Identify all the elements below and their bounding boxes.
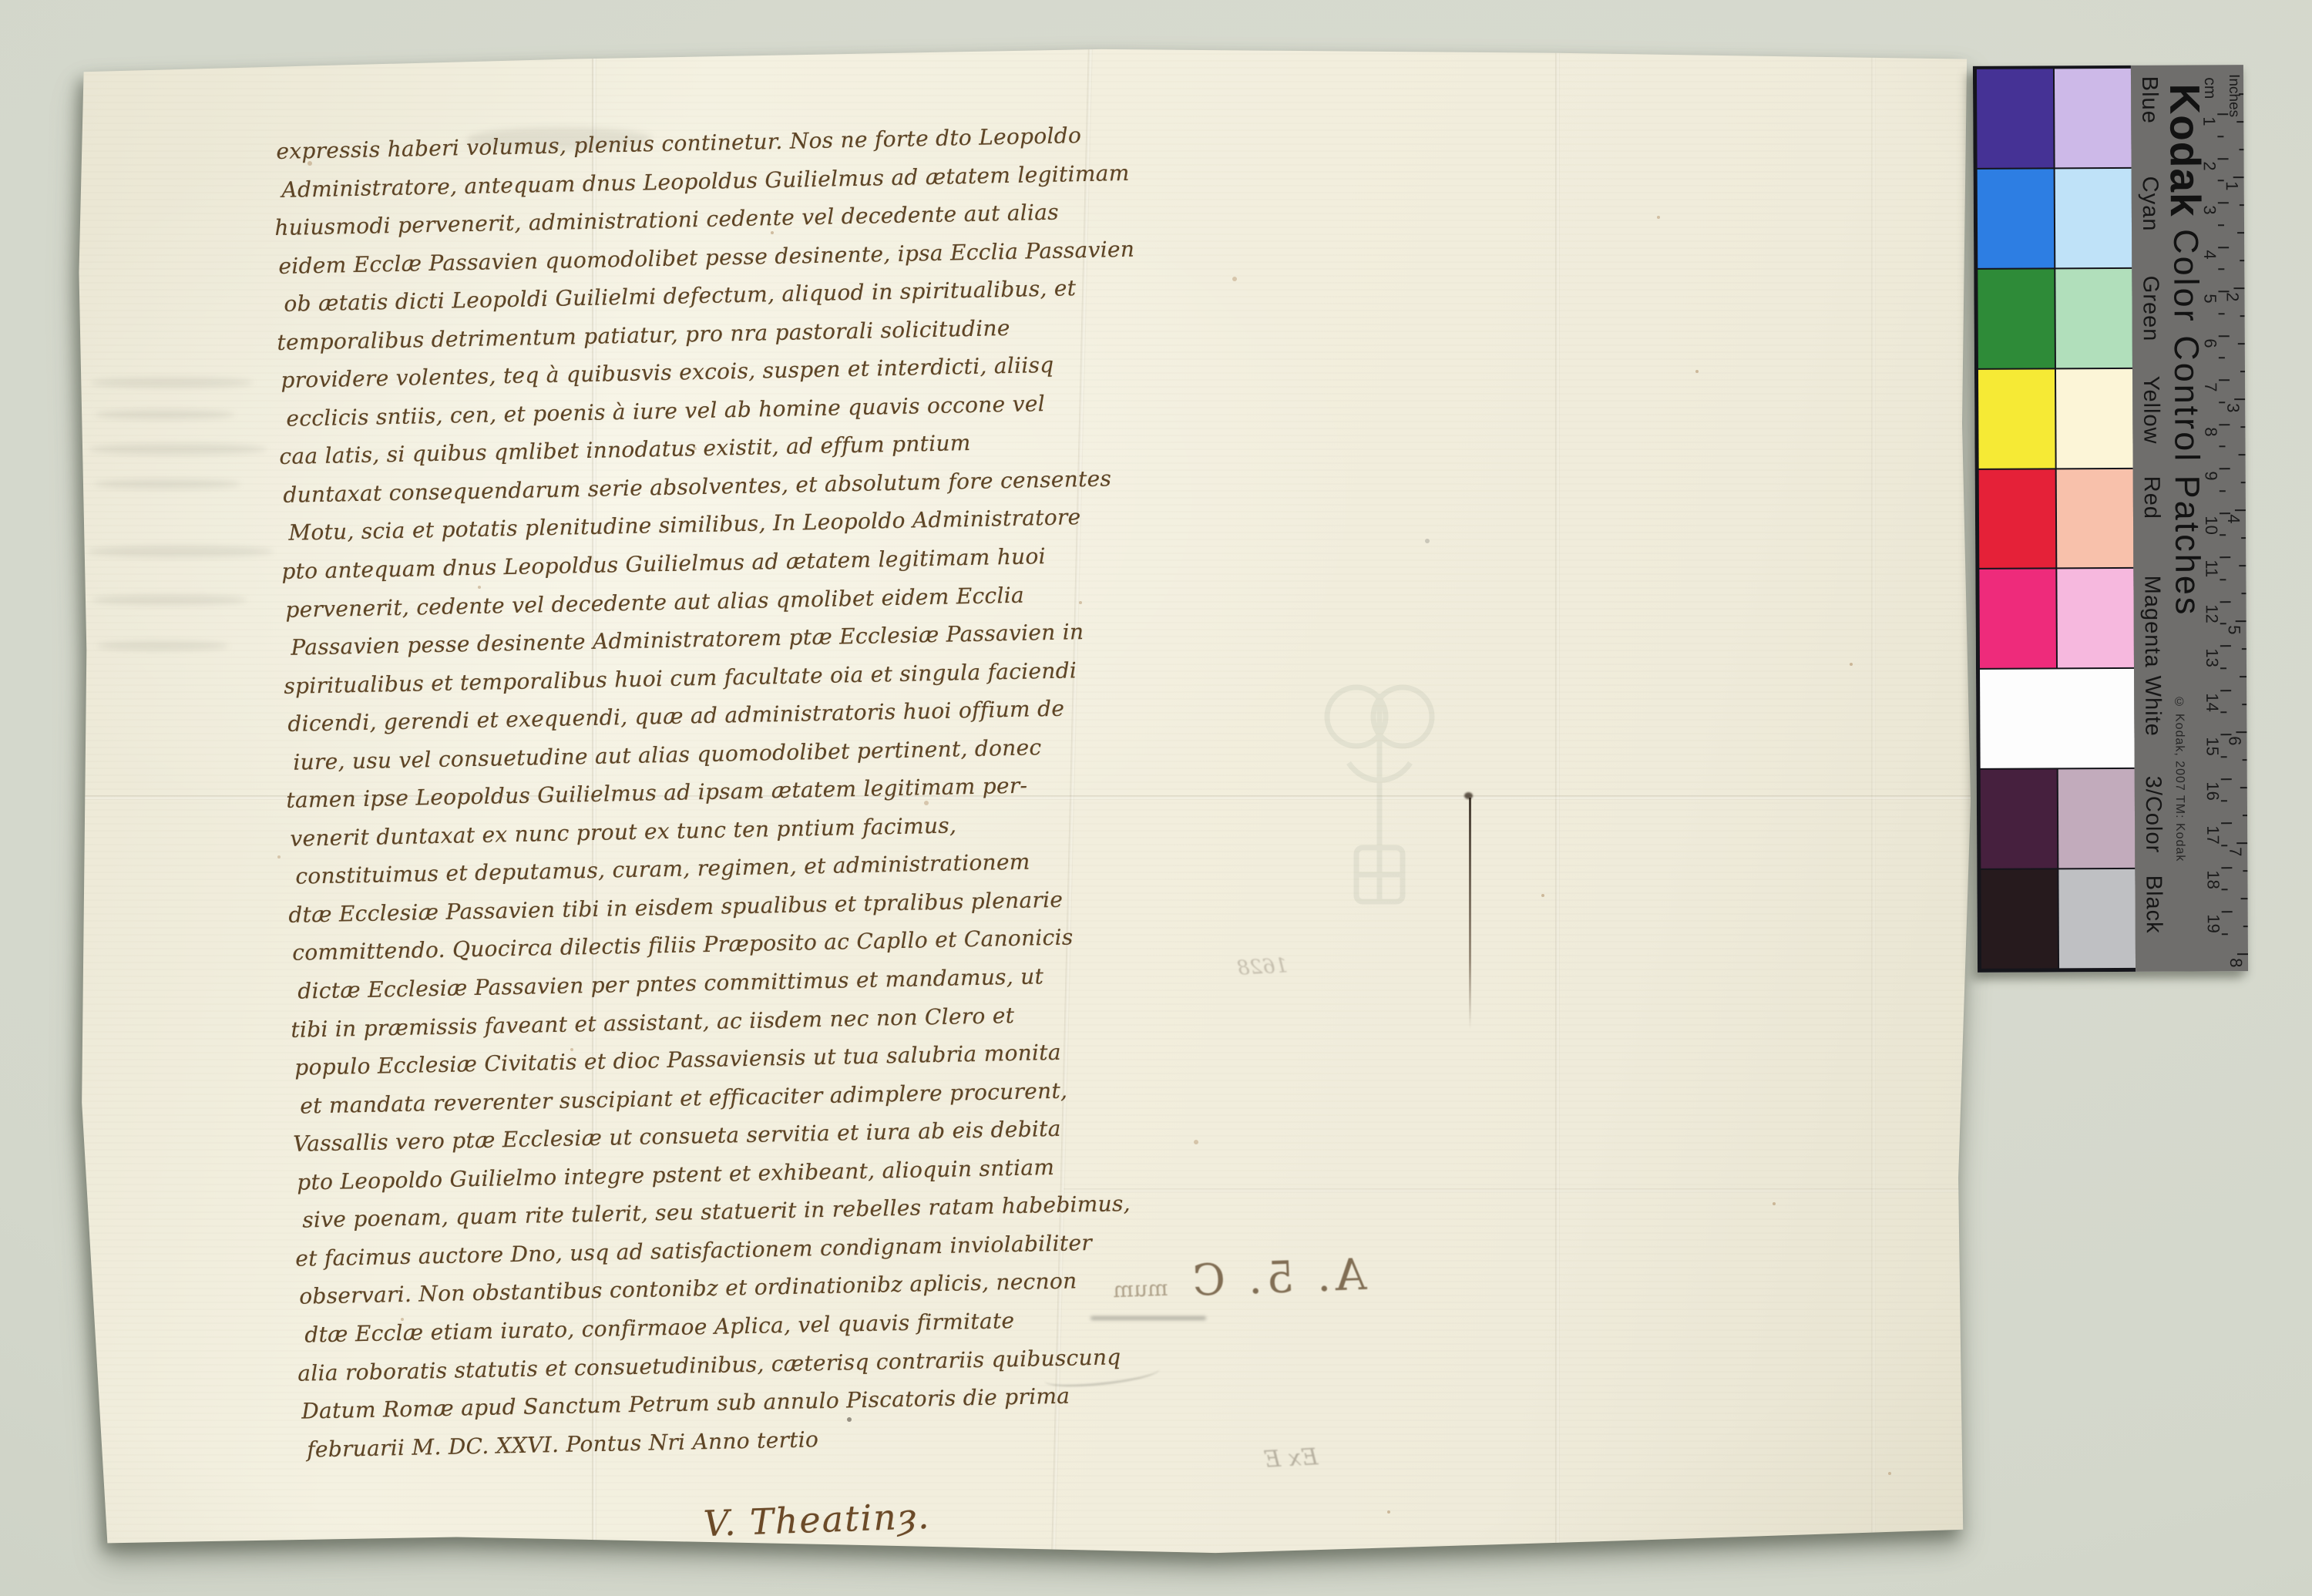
cm-half-tick [2221,800,2227,801]
cm-half-tick [2220,711,2226,713]
cm-half-tick [2220,579,2226,580]
paper-watermark [1302,670,1457,925]
cm-tick [2220,601,2231,603]
patch-row [1977,69,2132,168]
cm-tick [2218,158,2229,160]
cm-half-tick [2222,889,2228,890]
cm-number: 19 [2203,914,2223,933]
cm-tick [2219,424,2230,425]
patch-row-label: White [2137,665,2166,765]
cm-tick [2219,379,2230,381]
inch-minor-tick [2236,121,2243,123]
color-patch-tint [2055,169,2132,267]
cm-half-tick [2220,534,2226,536]
inch-minor-tick [2242,648,2246,650]
cm-half-tick [2219,313,2225,314]
inch-tick [2235,509,2246,511]
inch-minor-tick [2239,149,2243,150]
inch-tick [2236,731,2246,733]
inch-number: 6 [2224,736,2244,745]
inch-minor-tick [2243,870,2247,872]
cm-half-tick [2220,490,2226,492]
cm-tick [2218,202,2229,203]
cm-tick [2220,645,2231,647]
horizontal-fold-crease [1064,1188,1974,1193]
inch-minor-tick [2242,593,2246,594]
patch-row [1978,169,2132,268]
vertical-fold-crease [1871,46,1876,1555]
verso-underline-smudge [1090,1316,1206,1320]
color-patch [1979,469,2056,568]
inch-number: 7 [2225,847,2245,856]
kodak-brand: Kodak [2161,83,2210,217]
showthrough-smudge [91,378,253,388]
patch-row [1980,669,2135,768]
vertical-fold-crease [1555,46,1560,1555]
verso-inscription-mirrored: A. 5. C mum [1092,1250,1367,1309]
patch-row-label: 3/Color [2138,764,2166,865]
cm-tick [2220,734,2231,735]
manuscript-sheet: expressis haberi volumus, plenius contin… [77,46,1974,1555]
showthrough-smudge [92,595,247,605]
strip-title: Kodak Color Control Patches [2160,83,2213,617]
color-patch-tint [2058,869,2136,968]
inch-minor-tick [2241,537,2246,539]
cm-tick [2219,335,2230,337]
patch-row-label: Yellow [2136,365,2164,465]
color-patch [1981,869,2058,968]
inch-minor-tick [2240,787,2247,788]
cm-tick [2220,468,2230,469]
color-patch [1978,369,2055,468]
color-patch-tint [2055,269,2132,368]
inch-number: 1 [2222,181,2242,190]
cm-tick [2218,247,2229,248]
inch-minor-tick [2243,815,2247,816]
patch-row [1979,569,2134,668]
inch-minor-tick [2240,204,2244,206]
kodak-color-control-strip: Kodak Color Control Patches cm Inches © … [1973,65,2248,973]
inch-minor-tick [2241,482,2246,483]
signature: V. Theatinȝ. [650,1494,983,1547]
cm-tick [2220,556,2230,558]
inch-number: 5 [2224,625,2244,634]
cm-number: 5 [2199,294,2220,303]
cm-tick [2218,291,2229,292]
inches-unit-label: Inches [2225,74,2242,117]
cm-half-tick [2220,445,2226,447]
inch-minor-tick [2237,232,2244,234]
cm-number: 9 [2201,471,2221,480]
verso-inscription-small: mum [1093,1275,1188,1309]
cm-tick [2220,690,2231,691]
inch-minor-tick [2240,315,2245,317]
color-patch [1978,169,2055,267]
patch-row-label: Black [2138,865,2166,965]
inch-number: 8 [2226,958,2246,967]
cm-half-tick [2221,845,2227,846]
cm-tick [2221,867,2232,869]
cm-number: 12 [2202,604,2222,623]
cm-number: 11 [2201,559,2221,577]
cm-unit-label: cm [2200,77,2219,99]
cm-number: 4 [2199,250,2220,259]
strip-title-text: Color Control Patches [2166,217,2208,617]
patch-row [1981,769,2136,869]
patch-row [1981,869,2136,969]
cm-number: 16 [2203,781,2223,801]
cm-number: 13 [2202,648,2222,667]
cm-half-tick [2219,357,2225,358]
cm-half-tick [2222,933,2228,935]
inch-minor-tick [2240,676,2246,677]
color-patch [1980,669,2135,768]
cm-half-tick [2219,402,2225,403]
showthrough-smudge [94,479,240,489]
cm-half-tick [2217,136,2223,137]
inch-tick [2236,842,2247,844]
cm-number: 15 [2202,737,2222,756]
verso-inscription-large: A. 5. C [1187,1250,1367,1306]
photographed-archival-document: { "scene": { "background_color": "#d3d7c… [0,0,2312,1596]
patch-row [1979,469,2134,568]
inch-minor-tick [2239,454,2246,455]
color-patch [1978,269,2055,368]
inch-minor-tick [2239,93,2243,95]
color-patch-tint [2057,569,2134,667]
inch-number: 4 [2223,514,2243,523]
cm-half-tick [2218,180,2224,181]
inch-minor-tick [2240,426,2245,428]
cm-number: 3 [2199,205,2220,214]
verso-pencil-mark: Ex E [1263,1443,1319,1473]
cm-number: 2 [2199,161,2220,170]
patch-row [1978,369,2133,469]
inch-minor-tick [2240,260,2244,261]
inch-number: 3 [2223,403,2243,412]
inch-minor-tick [2242,704,2246,705]
color-patch [1977,69,2054,167]
inch-minor-tick [2243,926,2248,927]
cm-number: 17 [2203,825,2223,845]
cm-half-tick [2220,623,2226,624]
inch-minor-tick [2238,343,2245,344]
patch-row-label: Magenta [2136,565,2165,665]
cm-tick [2220,512,2230,514]
patch-row [1978,269,2132,368]
cm-number: 10 [2201,516,2221,535]
inch-minor-tick [2240,371,2245,372]
showthrough-smudge [97,641,228,650]
showthrough-smudge [89,444,267,455]
cm-number: 18 [2203,870,2223,889]
verso-pencil-year: 1628 [1236,954,1289,979]
inch-minor-tick [2241,898,2248,899]
ruler-band: Kodak Color Control Patches cm Inches © … [2131,65,2248,972]
color-patch [1979,570,2056,668]
inch-tick [2233,176,2244,178]
cm-number: 8 [2200,427,2220,436]
color-patch-tint [2056,369,2133,468]
patch-row-label: Blue [2134,66,2162,166]
cm-tick [2217,113,2228,115]
cm-number: 1 [2199,116,2219,126]
cm-number: 7 [2200,382,2220,391]
inch-tick [2233,287,2244,289]
cm-half-tick [2218,224,2224,226]
cm-number: 6 [2200,338,2220,348]
showthrough-smudge [88,546,273,557]
patch-row-label: Cyan [2135,165,2163,265]
patch-row-label: Green [2135,265,2163,365]
inch-tick [2237,953,2248,955]
color-patch [1981,770,2058,869]
cm-number: 14 [2202,693,2222,712]
patch-grid [1973,66,2136,973]
paper-surface: expressis haberi volumus, plenius contin… [77,46,1974,1555]
cm-half-tick [2218,268,2224,270]
cm-tick [2221,778,2232,780]
showthrough-smudge [96,410,234,419]
cm-tick [2222,911,2233,912]
paper-slit [1469,798,1471,1029]
color-patch-tint [2057,469,2134,567]
color-patch-tint [2058,769,2136,868]
cm-tick [2221,822,2232,824]
inch-number: 2 [2222,292,2242,301]
patch-row-label: Red [2136,465,2165,565]
color-patch-tint [2055,69,2132,167]
cm-half-tick [2220,667,2226,669]
cm-half-tick [2221,756,2227,758]
manuscript-text: expressis haberi volumus, plenius contin… [276,116,1166,1469]
kodak-copyright: © Kodak, 2007 TM: Kodak [2172,695,2186,862]
inch-minor-tick [2243,759,2247,761]
inch-tick [2234,398,2245,400]
inch-minor-tick [2239,565,2246,566]
inch-tick [2236,620,2246,622]
foxing-spots [77,46,80,49]
